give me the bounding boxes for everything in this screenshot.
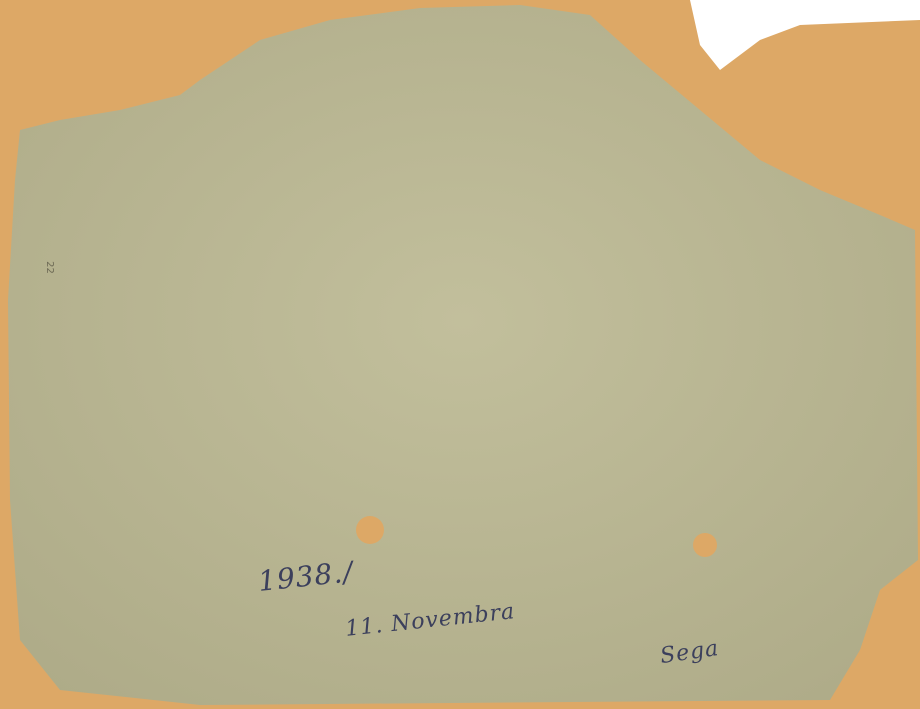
paper-texture [0, 0, 920, 709]
margin-mark: 22 [44, 261, 55, 274]
photo-card-back: 22 1938./ 11. Novembra Sega [0, 0, 920, 709]
